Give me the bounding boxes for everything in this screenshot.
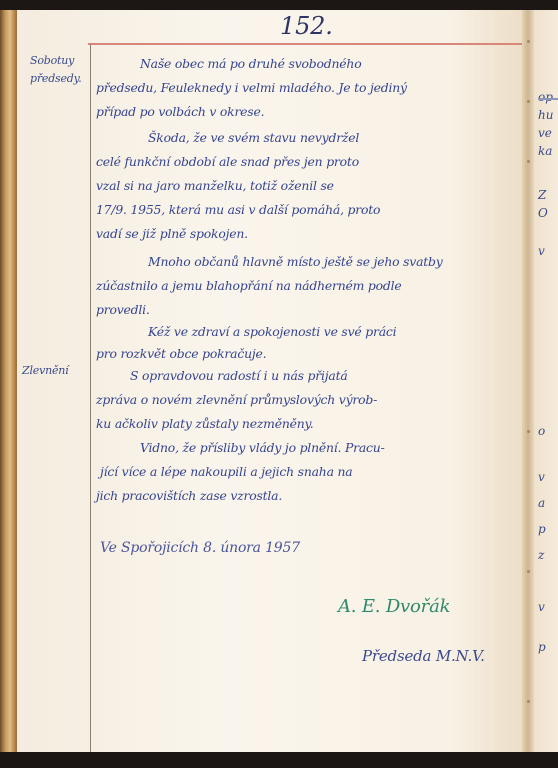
facing-page-rule xyxy=(538,98,558,100)
facing-page-fragment: a xyxy=(538,496,545,510)
margin-note-line: předsedy. xyxy=(30,70,82,88)
binding-stitch xyxy=(527,570,530,573)
header-rule xyxy=(88,43,522,45)
text-line: pro rozkvět obce pokračuje. xyxy=(96,346,266,361)
text-line: předsedu, Feuleknedy i velmi mladého. Je… xyxy=(96,80,407,95)
facing-page-fragment: z xyxy=(538,548,544,562)
facing-page-fragment: Z xyxy=(538,188,546,202)
facing-page-fragment: O xyxy=(538,206,548,220)
facing-page-fragment: p xyxy=(538,522,546,536)
text-line: celé funkční období ale snad přes jen pr… xyxy=(96,154,359,169)
text-line: vadí se již plně spokojen. xyxy=(96,226,248,241)
facing-page-fragment: ka xyxy=(538,144,552,158)
binding-stitch xyxy=(527,700,530,703)
text-line: případ po volbách v okrese. xyxy=(96,104,264,119)
text-line: jící více a lépe nakoupili a jejich snah… xyxy=(100,464,352,479)
book-page-stack xyxy=(0,10,18,755)
text-line: Naše obec má po druhé svobodného xyxy=(140,56,361,71)
margin-line xyxy=(90,44,91,752)
binding-stitch xyxy=(527,160,530,163)
facing-page-fragment: op xyxy=(538,90,553,104)
margin-note-chairman: Sobotuy předsedy. xyxy=(30,52,82,88)
facing-page: op hu ve ka Z O v o v a p z v p xyxy=(534,10,558,754)
margin-note-line: Sobotuy xyxy=(30,52,82,70)
facing-page-fragment: hu xyxy=(538,108,553,122)
binding-stitch xyxy=(527,100,530,103)
facing-page-fragment: v xyxy=(538,600,545,614)
text-line: zúčastnilo a jemu blahopřání na nádherné… xyxy=(96,278,402,293)
facing-page-fragment: v xyxy=(538,244,545,258)
binding-stitch xyxy=(527,430,530,433)
margin-note-price-cut: Zlevnění xyxy=(22,362,68,380)
margin-note-line: Zlevnění xyxy=(22,362,68,380)
text-line: ku ačkoliv platy zůstaly nezměněny. xyxy=(96,416,313,431)
page-number: 152. xyxy=(280,12,333,40)
text-line: provedli. xyxy=(96,302,150,317)
text-line: S opravdovou radostí i u nás přijatá xyxy=(130,368,348,383)
place-date: Ve Spořojicích 8. února 1957 xyxy=(100,540,300,556)
scan-bottom-edge xyxy=(0,752,558,768)
facing-page-fragment: v xyxy=(538,470,545,484)
text-line: Kéž ve zdraví a spokojenosti ve své prác… xyxy=(148,324,396,339)
text-line: Mnoho občanů hlavně místo ještě se jeho … xyxy=(148,254,443,269)
signature-title: Předseda M.N.V. xyxy=(362,647,485,665)
binding-stitch xyxy=(527,40,530,43)
signature: A. E. Dvořák xyxy=(338,596,450,617)
text-line: jich pracovištích zase vzrostla. xyxy=(96,488,282,503)
text-line: vzal si na jaro manželku, totiž oženil s… xyxy=(96,178,334,193)
text-line: 17/9. 1955, která mu asi v další pomáhá,… xyxy=(96,202,380,217)
text-line: zpráva o novém zlevnění průmyslových výr… xyxy=(96,392,377,407)
text-line: Vidno, že přísliby vlády jo plnění. Prac… xyxy=(140,440,385,455)
facing-page-fragment: o xyxy=(538,424,545,438)
text-line: Škoda, že ve svém stavu nevydržel xyxy=(148,130,359,145)
facing-page-fragment: ve xyxy=(538,126,552,140)
facing-page-fragment: p xyxy=(538,640,546,654)
book-gutter xyxy=(522,10,534,754)
